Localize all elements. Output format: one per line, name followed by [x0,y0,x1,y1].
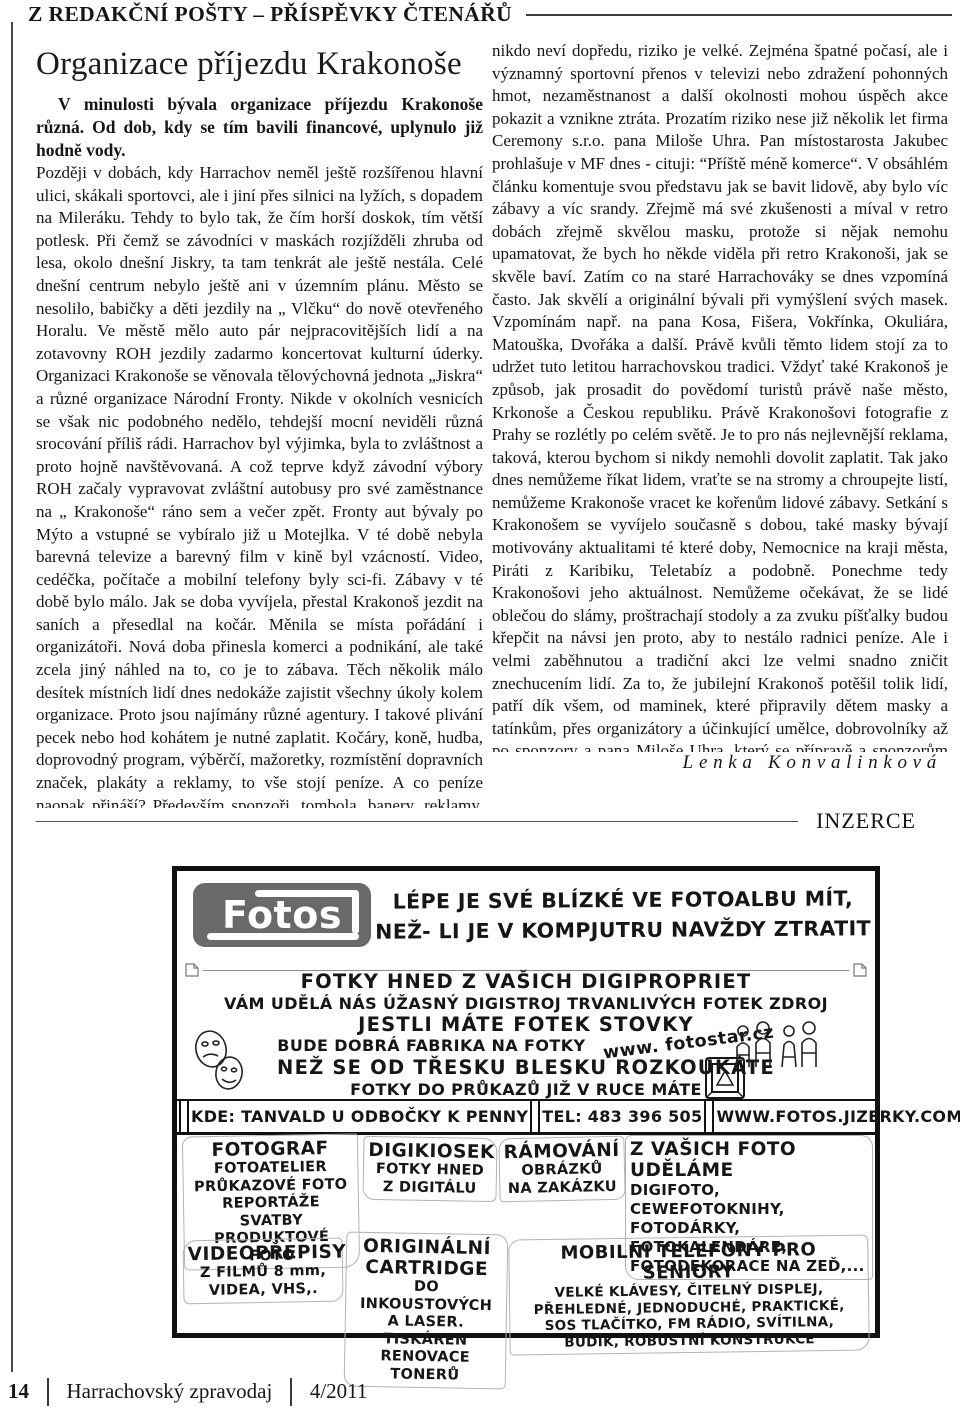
service-title: VIDEOPŘEPISY [188,1242,338,1266]
inzerce-section: INZERCE [36,808,916,834]
footer-divider [47,1378,49,1406]
ad-headline-4: BUDE DOBRÁ FABRIKA NA FOTKY [277,1036,585,1055]
ad-service-videoprepisy: VIDEOPŘEPISY Z FILMŮ 8 mm, VIDEA, VHS,. [182,1238,343,1305]
ad-service-mobilni-telefony: MOBILNÍ TELEFONY PRO SENIORY VELKÉ KLÁVE… [508,1234,870,1355]
service-line: FOTKY HNED [368,1161,492,1181]
header-rule [526,14,952,16]
publication-name: Harrachovský zpravodaj [67,1379,273,1404]
ad-website: WWW.FOTOS.JIZERKY.COM [716,1101,960,1132]
page-footer: 14 Harrachovský zpravodaj 4/2011 [0,1372,960,1411]
service-title: MOBILNÍ TELEFONY PRO SENIORY [513,1239,864,1286]
advertisement-fotos: Fotos LÉPE JE SVÉ BLÍZKÉ VE FOTOALBU MÍT… [172,866,880,1338]
service-title: DIGIKIOSEK [368,1140,492,1163]
ad-phone: TEL: 483 396 505 [542,1101,702,1132]
ad-slogan-line-2: NEŽ- LI JE V KOMPJUTRU NAVŽDY ZTRATIT [371,913,875,947]
article-body-right: nikdo neví dopředu, riziko je velké. Zej… [492,40,948,752]
section-title: Z REDAKČNÍ POŠTY – PŘÍSPĚVKY ČTENÁŘŮ [28,2,512,27]
service-line: Z FILMŮ 8 mm, [188,1263,338,1283]
service-line: PRŮKAZOVÉ FOTO [188,1176,354,1196]
ad-headline-6: FOTKY DO PRŮKAZŮ JIŽ V RUCE MÁTE [177,1079,875,1100]
article-title: Organizace příjezdu Krakonoše [36,46,483,83]
service-line: Z DIGITÁLU [368,1178,492,1198]
newsletter-page: Z REDAKČNÍ POŠTY – PŘÍSPĚVKY ČTENÁŘŮ Org… [0,0,960,1411]
section-header: Z REDAKČNÍ POŠTY – PŘÍSPĚVKY ČTENÁŘŮ [28,2,952,27]
ad-address: KDE: TANVALD U ODBOČKY K PENNY [191,1101,528,1132]
ad-service-ramovani: RÁMOVÁNÍ OBRÁZKŮ NA ZAKÁZKU [498,1136,625,1203]
article-column-right: nikdo neví dopředu, riziko je velké. Zej… [492,40,948,752]
service-title: ORIGINÁLNÍ CARTRIDGE [351,1236,504,1281]
inzerce-rule [36,821,798,822]
ad-header-row: Fotos LÉPE JE SVÉ BLÍZKÉ VE FOTOALBU MÍT… [177,871,875,959]
service-title: RÁMOVÁNÍ [503,1140,619,1163]
article-body-left: Později v dobách, kdy Harrachov neměl je… [36,162,483,808]
left-margin-rule [11,22,13,1372]
ad-service-cartridge: ORIGINÁLNÍ CARTRIDGE DO INKOUSTOVÝCH A L… [344,1232,509,1390]
framed-photo-icon [703,1055,747,1101]
ad-slogan-line-1: LÉPE JE SVÉ BLÍZKÉ VE FOTOALBU MÍT, [371,883,875,917]
service-line: A LASER. TISKÁREN [349,1313,502,1351]
service-title: Z VAŠICH FOTO UDĚLÁME [630,1139,868,1181]
article-lead: V minulosti bývala organizace příjezdu K… [36,93,483,162]
contact-separator [704,1101,714,1132]
service-line: DO INKOUSTOVÝCH [350,1278,503,1316]
ad-headline-2: VÁM UDĚLÁ NÁS ÚŽASNÝ DIGISTROJ TRVANLIVÝ… [177,993,875,1014]
ad-services-area: FOTOGRAF FOTOATELIER PRŮKAZOVÉ FOTO REPO… [177,1135,875,1333]
service-line: NA ZAKÁZKU [504,1178,620,1198]
service-line: OBRÁZKŮ [504,1161,620,1181]
fotos-logo: Fotos [193,883,371,947]
ad-slogan: LÉPE JE SVÉ BLÍZKÉ VE FOTOALBU MÍT, NEŽ-… [371,883,875,947]
contact-separator [530,1101,540,1132]
article-column-left: Organizace příjezdu Krakonoše V minulost… [36,46,483,808]
ad-contact-bar: KDE: TANVALD U ODBOČKY K PENNY TEL: 483 … [177,1099,875,1135]
service-line: DIGIFOTO, CEWEFOTOKNIHY, [630,1181,868,1219]
logo-accent-right [352,892,359,934]
service-title: FOTOGRAF [187,1138,353,1162]
inzerce-label: INZERCE [816,808,916,834]
fotos-logo-text: Fotos [222,893,342,937]
ad-service-digikiosek: DIGIKIOSEK FOTKY HNED Z DIGITÁLU [362,1136,497,1202]
page-number: 14 [8,1379,29,1404]
article-author: Lenka Konvalinková [492,752,942,774]
service-line: REPORTÁŽE SVATBY [188,1194,355,1232]
ad-headline-1: FOTKY HNED Z VAŠICH DIGIPROPRIET [177,971,875,993]
service-line: VIDEA, VHS,. [188,1280,338,1300]
issue-number: 4/2011 [310,1379,368,1404]
footer-divider [290,1378,292,1406]
contact-separator [179,1101,189,1132]
theater-masks-icon [189,1029,251,1093]
